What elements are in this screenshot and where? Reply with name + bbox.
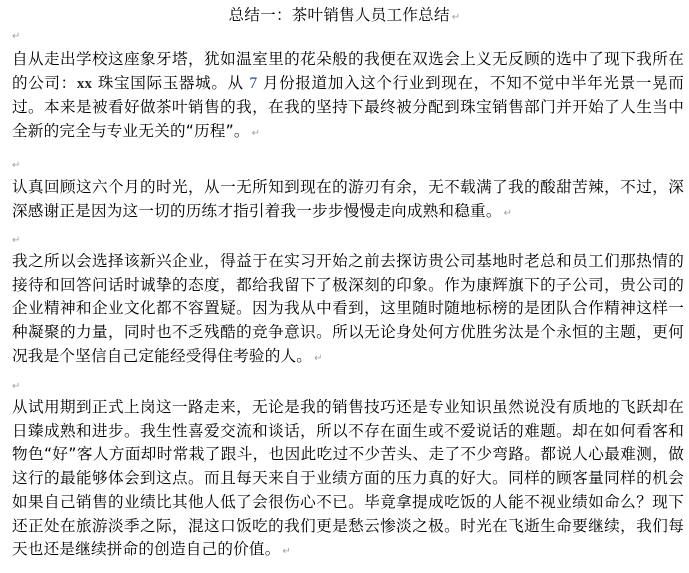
title-text: 总结一：茶叶销售人员工作总结 [229,6,450,24]
company-prefix: xx [77,76,92,92]
paragraph-1-text-b: 珠宝国际玉器城。从 [92,74,249,92]
paragraph-4-text: 从试用期到正式上岗这一路走来，无论是我的销售技巧还是专业知识虽然说没有质地的飞跃… [12,398,684,558]
paragraph-1: 自从走出学校这座象牙塔，犹如温室里的花朵般的我便在双选会上义无反顾的选中了现下我… [12,48,684,146]
paragraph-2: 认真回顾这六个月的时光，从一无所知到现在的游刃有余，无不载满了我的酸甜苦辣，不过… [12,176,684,225]
empty-paragraph-mark-icon: ↵ [12,30,20,44]
document-title: 总结一：茶叶销售人员工作总结↵ [0,4,689,29]
paragraph-3: 我之所以会选择该新兴企业，得益于在实习开始之前去探访贵公司基地时老总和员工们那热… [12,250,684,371]
empty-paragraph-mark-icon: ↵ [12,234,20,248]
paragraph-mark-icon: ↵ [314,353,323,364]
empty-paragraph-mark-icon: ↵ [12,380,20,394]
paragraph-mark-icon: ↵ [504,208,513,219]
paragraph-4: 从试用期到正式上岗这一路走来，无论是我的销售技巧还是专业知识虽然说没有质地的飞跃… [12,396,684,564]
empty-paragraph-mark-icon: ↵ [12,159,20,173]
paragraph-mark-icon: ↵ [283,546,292,557]
paragraph-mark-icon: ↵ [252,128,261,139]
paragraph-2-text: 认真回顾这六个月的时光，从一无所知到现在的游刃有余，无不载满了我的酸甜苦辣，不过… [12,178,684,220]
paragraph-3-text: 我之所以会选择该新兴企业，得益于在实习开始之前去探访贵公司基地时老总和员工们那热… [12,252,684,365]
paragraph-mark-icon: ↵ [452,12,461,23]
